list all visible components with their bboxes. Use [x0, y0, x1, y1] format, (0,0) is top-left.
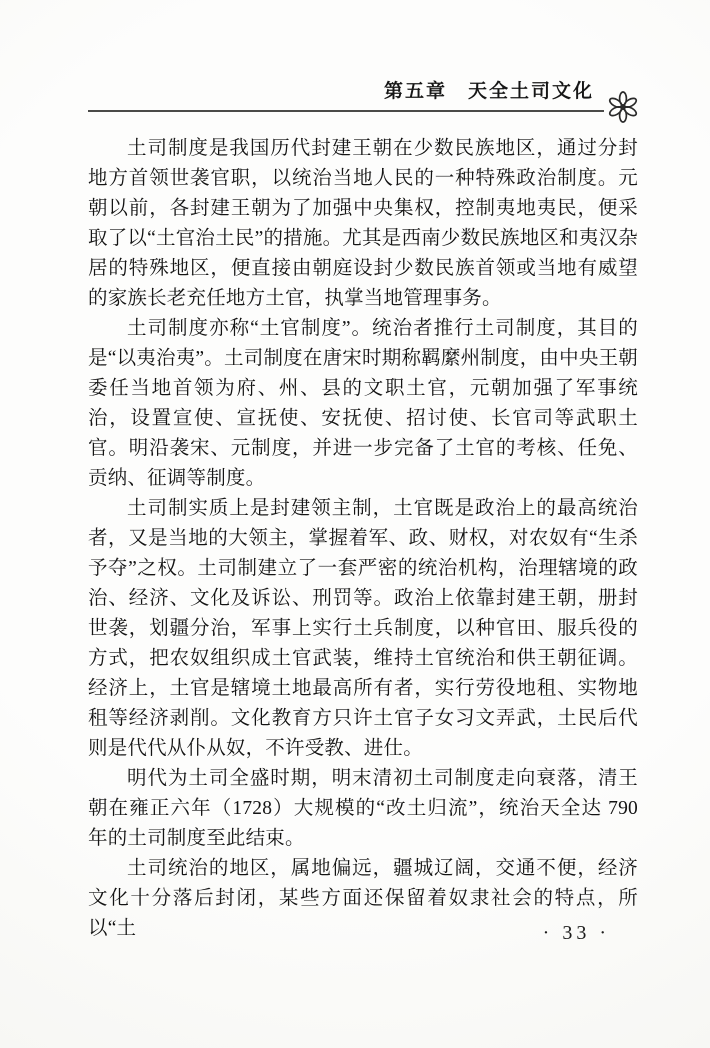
- florette-ornament-icon: [606, 90, 640, 124]
- page-header: 第五章 天全土司文化: [88, 76, 640, 112]
- book-page: 第五章 天全土司文化 土司制度是我国历代封建王朝在少数民族地区，通过分封地方首领…: [0, 0, 710, 1048]
- chapter-title: 第五章 天全土司文化: [384, 81, 594, 102]
- paragraph-4: 明代为土司全盛时期，明末清初土司制度走向衰落，清王朝在雍正六年（1728）大规模…: [88, 764, 638, 854]
- paragraph-1: 土司制度是我国历代封建王朝在少数民族地区，通过分封地方首领世袭官职，以统治当地人…: [88, 134, 638, 314]
- paragraph-3: 土司制实质上是封建领主制，土官既是政治上的最高统治者，又是当地的大领主，掌握着军…: [88, 494, 638, 764]
- paragraph-2: 土司制度亦称“土官制度”。统治者推行土司制度，其目的是“以夷治夷”。土司制度在唐…: [88, 314, 638, 494]
- page-footer: · 33 ·: [88, 922, 638, 945]
- header-rule: 第五章 天全土司文化: [88, 76, 604, 112]
- page-number: · 33 ·: [543, 922, 610, 944]
- page-body: 土司制度是我国历代封建王朝在少数民族地区，通过分封地方首领世袭官职，以统治当地人…: [88, 134, 638, 944]
